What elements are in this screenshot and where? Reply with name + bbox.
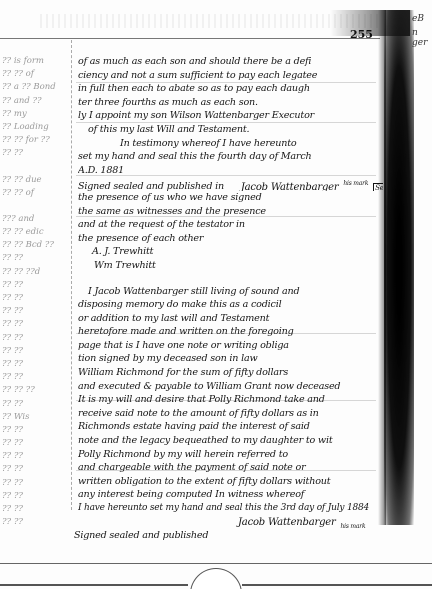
codicil-line: and executed & payable to William Grant … [78, 380, 383, 394]
edge-note: eB [412, 14, 424, 24]
margin-note: ?? ?? [2, 516, 68, 529]
margin-note: ?? Loading [2, 121, 68, 134]
attestation-line: the presence of us who we have signed [78, 191, 383, 205]
margin-note: ?? ?? [2, 437, 68, 450]
margin-note: ?? ?? edic [2, 226, 68, 239]
margin-note: ?? ?? due [2, 174, 68, 187]
margin-note: ?? Wis [2, 411, 68, 424]
codicil-line: note and the legacy bequeathed to my dau… [78, 434, 383, 448]
handwritten-line: ciency and not a sum sufficient to pay e… [78, 69, 383, 83]
codicil-line: page that is I have one note or writing … [78, 339, 383, 353]
signature-mark: his mark [343, 180, 368, 187]
margin-notes: ?? is form ?? ?? of ?? a ?? Bond ?? and … [2, 55, 68, 529]
codicil-line: It is my will and desire that Polly Rich… [78, 393, 383, 407]
attestation-line: the presence of each other [78, 232, 383, 246]
margin-note: ?? ?? [2, 292, 68, 305]
codicil-line: written obligation to the extent of fift… [78, 475, 383, 489]
header-noise [40, 14, 380, 28]
codicil-line: tion signed by my deceased son in law [78, 352, 383, 366]
margin-note: ?? ?? [2, 398, 68, 411]
edge-note: n [412, 28, 418, 38]
margin-note: ?? ?? [2, 424, 68, 437]
codicil-line: disposing memory do make this as a codic… [78, 298, 383, 312]
scanned-document-page: 255 eB n ger ?? is form ?? ?? of ?? a ??… [0, 0, 432, 589]
margin-note: ?? ?? [2, 371, 68, 384]
closing-line: Signed sealed and published [74, 529, 383, 543]
margin-note: ?? ?? [2, 503, 68, 516]
margin-note: ?? ?? [2, 147, 68, 160]
handwritten-line: in full then each to abate so as to pay … [78, 82, 383, 96]
margin-note: ?? ?? [2, 252, 68, 265]
signed-sealed-text: Signed sealed and published in [78, 182, 224, 191]
codicil-line: and chargeable with the payment of said … [78, 461, 383, 475]
margin-note: ?? ?? [2, 305, 68, 318]
edge-note: ger [412, 38, 427, 48]
attestation-line: the same as witnesses and the presence [78, 205, 383, 219]
margin-note: ?? and ?? [2, 95, 68, 108]
page-number: 255 [350, 28, 373, 41]
attestation-line: and at the request of the testator in [78, 218, 383, 232]
bottom-bar [0, 584, 188, 586]
codicil-line: I Jacob Wattenbarger still living of sou… [78, 285, 383, 299]
codicil-line: or addition to my last will and Testamen… [78, 312, 383, 326]
header-rule [0, 38, 380, 39]
margin-note: ??? and [2, 213, 68, 226]
bottom-bar [242, 584, 432, 586]
testimony-line: In testimony whereof I have hereunto [78, 137, 383, 151]
will-section: of as much as each son and should there … [78, 55, 383, 273]
margin-note: ?? ?? [2, 345, 68, 358]
seal-box: Seal [373, 183, 383, 191]
testator-signature: Jacob Wattenbarger [238, 517, 336, 528]
margin-note: ?? ?? [2, 450, 68, 463]
margin-note: ?? ?? [2, 463, 68, 476]
codicil-line: any interest being computed In witness w… [78, 488, 383, 502]
margin-note: ?? ?? Bcd ?? [2, 239, 68, 252]
codicil-line: William Richmond for the sum of fifty do… [78, 366, 383, 380]
margin-note: ?? ?? ?? [2, 384, 68, 397]
margin-note: ?? is form [2, 55, 68, 68]
codicil-line: I have hereunto set my hand and seal thi… [78, 502, 383, 516]
margin-note: ?? ?? for ?? [2, 134, 68, 147]
codicil-line: Richmonds estate having paid the interes… [78, 420, 383, 434]
margin-note: ?? ?? [2, 279, 68, 292]
codicil-signature-line: Jacob Wattenbarger his mark [78, 516, 383, 530]
codicil-line: heretofore made and written on the foreg… [78, 325, 383, 339]
margin-note: ?? my [2, 108, 68, 121]
date-line: A.D. 1881 [78, 164, 383, 178]
margin-note: ?? ?? of [2, 187, 68, 200]
testimony-line: set my hand and seal this the fourth day… [78, 150, 383, 164]
margin-note: ?? ?? ??d [2, 266, 68, 279]
margin-note: ?? ?? [2, 490, 68, 503]
margin-note: ?? ?? [2, 318, 68, 331]
margin-note: ?? ?? of [2, 68, 68, 81]
signed-line: Signed sealed and published in Jacob Wat… [78, 177, 383, 191]
witness-signature: A. J. Trewhitt [78, 245, 383, 259]
witness-signature: Wm Trewhitt [78, 259, 383, 273]
codicil-section: I Jacob Wattenbarger still living of sou… [78, 285, 383, 543]
binding-gutter-shadow [384, 10, 414, 525]
handwritten-line: of this my last Will and Testament. [78, 123, 383, 137]
testator-signature: Jacob Wattenbarger [241, 182, 339, 191]
margin-note: ?? ?? [2, 477, 68, 490]
handwritten-line: ter three fourths as much as each son. [78, 96, 383, 110]
margin-note: ?? a ?? Bond [2, 81, 68, 94]
document-body: of as much as each son and should there … [78, 55, 383, 543]
bottom-rule [0, 563, 432, 564]
margin-rule [71, 40, 73, 510]
handwritten-line: of as much as each son and should there … [78, 55, 383, 69]
margin-note: ?? ?? [2, 358, 68, 371]
signature-mark: his mark [340, 523, 365, 530]
codicil-line: Polly Richmond by my will herein referre… [78, 448, 383, 462]
handwritten-line: ly I appoint my son Wilson Wattenbarger … [78, 109, 383, 123]
scan-arc [190, 568, 242, 589]
codicil-line: receive said note to the amount of fifty… [78, 407, 383, 421]
margin-note: ?? ?? [2, 332, 68, 345]
